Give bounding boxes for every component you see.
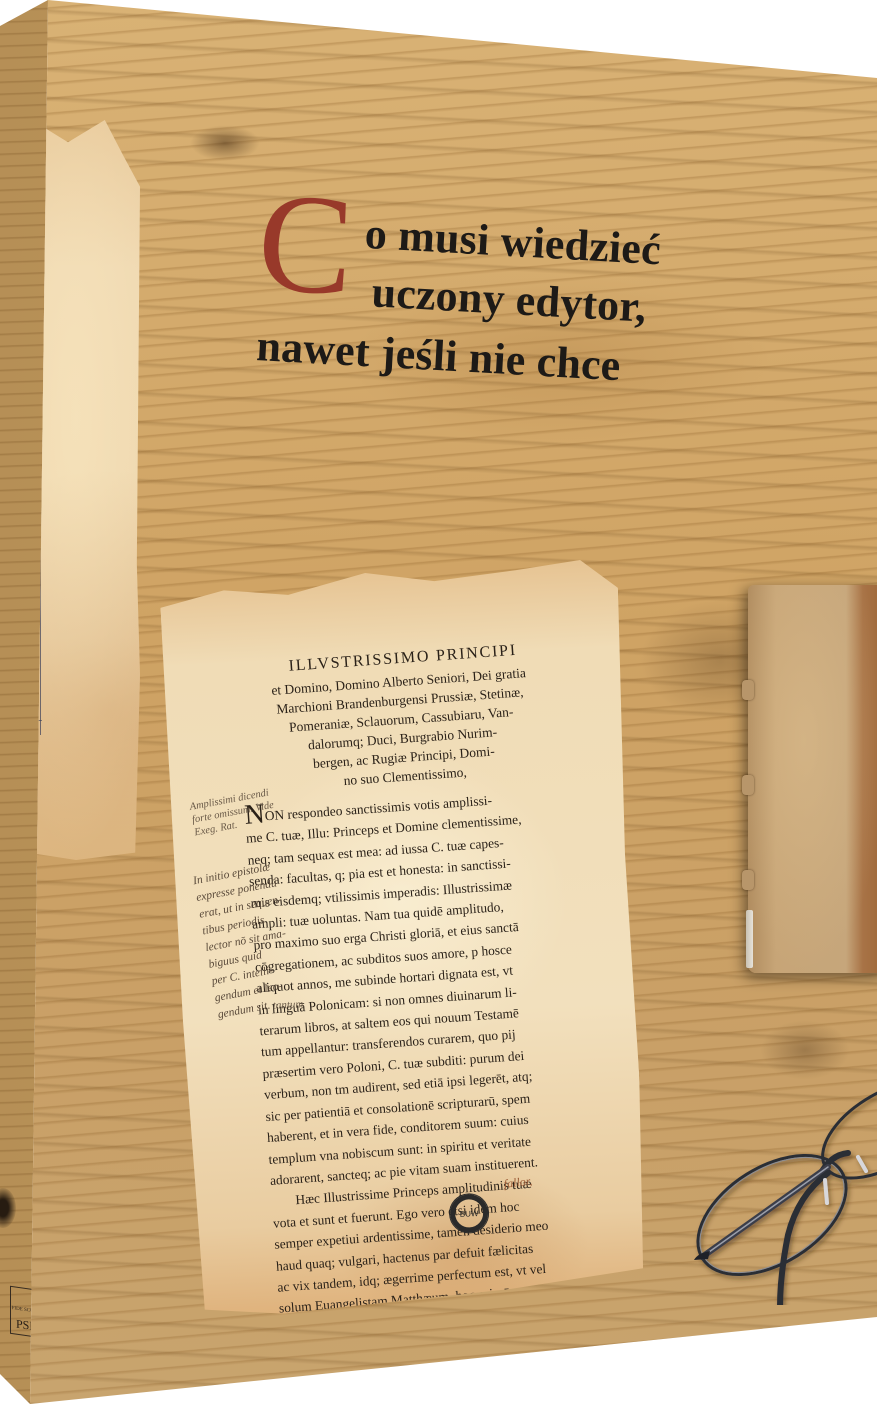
book-title: C o musi wiedzieć uczony edytor, nawet j…	[250, 178, 701, 412]
document-body-text: NON respondeo sanctissimis votis ampliss…	[244, 786, 582, 1362]
reading-glasses-icon	[680, 1075, 877, 1305]
stamp-label: BUW	[460, 1209, 479, 1219]
handwritten-correction: fallor,	[503, 1174, 533, 1192]
wood-knot	[190, 125, 260, 161]
title-line-2: uczony edytor,	[370, 266, 647, 332]
wood-knot	[760, 1020, 850, 1080]
body-text-line: mentariolo, vt breuitas: nisi fallor: re…	[281, 1320, 582, 1362]
printed-document-page: Amplissimi dicendiforte omissum. VideExe…	[159, 558, 649, 1317]
handwritten-margin-word: tantum	[273, 998, 304, 1011]
title-line-3: nawet jeśli nie chce	[255, 320, 622, 391]
front-cover: ugadmo bonlam um hnjeg ga wilde ladu eme…	[0, 0, 877, 1404]
title-line-1: o musi wiedzieć	[364, 208, 663, 275]
spine-band	[742, 870, 754, 890]
book-clasp	[746, 910, 753, 968]
spine-band	[742, 680, 754, 700]
wood-knot	[0, 1188, 16, 1228]
old-leather-book	[748, 585, 877, 973]
book-cover-3d: FIDE SCUTO PSP ugadmo bonlam um hnjeg ga…	[0, 0, 877, 1404]
spine-band	[742, 775, 754, 795]
big-initial: N	[243, 798, 265, 830]
title-drop-cap: C	[255, 170, 357, 317]
document-dedication: et Domino, Domino Alberto Seniori, Dei g…	[248, 662, 555, 797]
